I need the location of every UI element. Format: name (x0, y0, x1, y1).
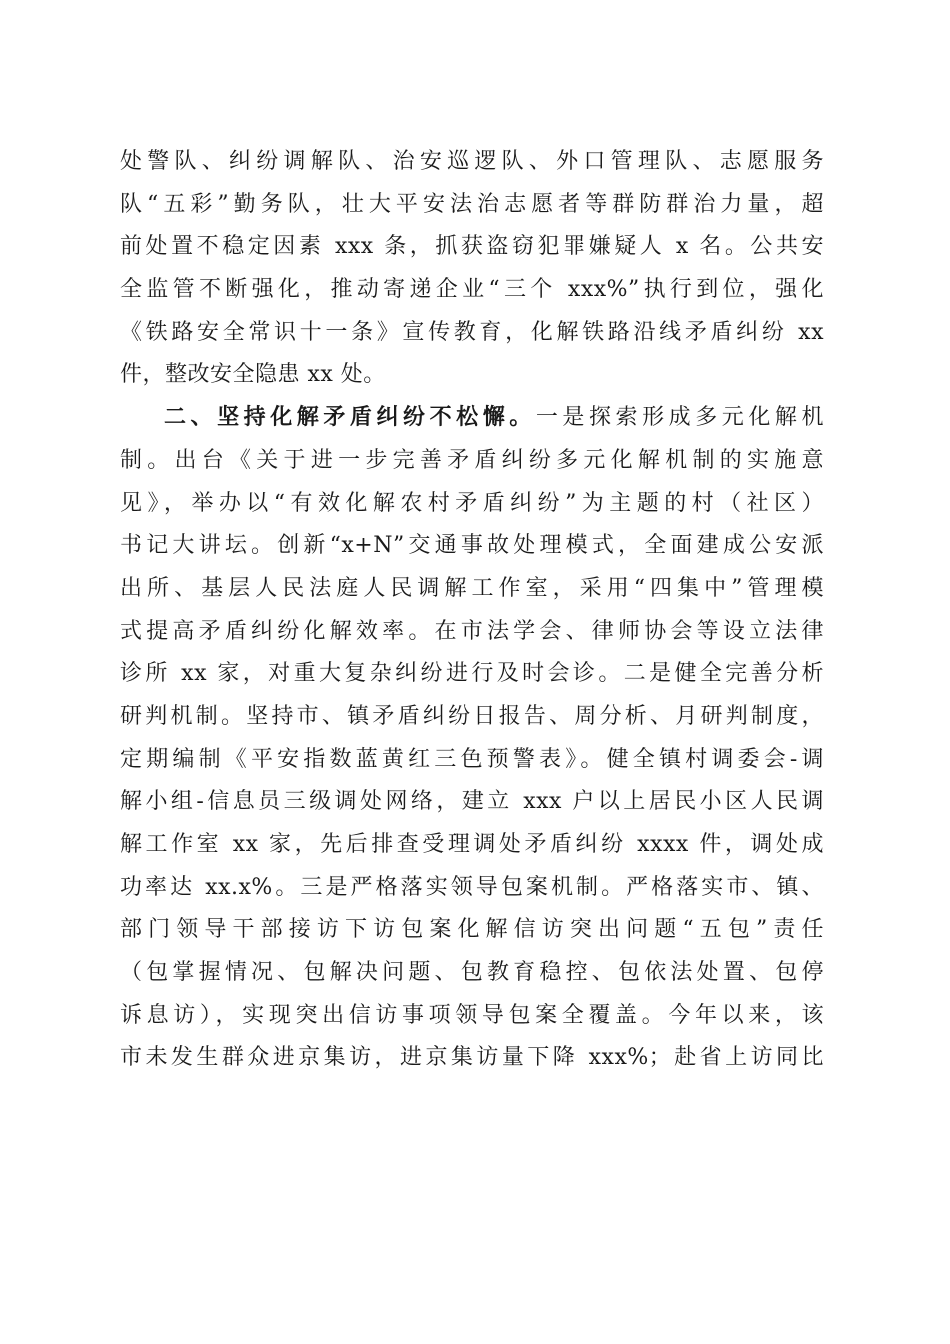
text-line: 市未发生群众进京集访，进京集访量下降 xxx%；赴省上访同比 (120, 1037, 824, 1080)
text-line: 队“五彩”勤务队，壮大平安法治志愿者等群防群治力量，超 (120, 184, 824, 227)
section-heading: 二、坚持化解矛盾纠纷不松懈。 (164, 405, 536, 430)
text-line: 处警队、纠纷调解队、治安巡逻队、外口管理队、志愿服务 (120, 141, 824, 184)
section-heading-line: 二、坚持化解矛盾纠纷不松懈。一是探索形成多元化解机 (120, 397, 824, 440)
text-line: 功率达 xx.x%。三是严格落实领导包案机制。严格落实市、镇、 (120, 867, 824, 910)
text-line: 《铁路安全常识十一条》宣传教育，化解铁路沿线矛盾纠纷 xx (120, 312, 824, 355)
document-page: 处警队、纠纷调解队、治安巡逻队、外口管理队、志愿服务 队“五彩”勤务队，壮大平安… (120, 141, 824, 1080)
text-line: （包掌握情况、包解决问题、包教育稳控、包依法处置、包停 (120, 952, 824, 995)
text-line: 定期编制《平安指数蓝黄红三色预警表》。健全镇村调委会-调 (120, 739, 824, 782)
text-span: 一是探索形成多元化解机 (536, 405, 824, 430)
text-line: 前处置不稳定因素 xxx 条，抓获盗窃犯罪嫌疑人 x 名。公共安 (120, 226, 824, 269)
paragraph-dispute-resolution: 二、坚持化解矛盾纠纷不松懈。一是探索形成多元化解机 制。出台《关于进一步完善矛盾… (120, 397, 824, 1080)
text-line: 研判机制。坚持市、镇矛盾纠纷日报告、周分析、月研判制度， (120, 696, 824, 739)
text-line: 见》，举办以“有效化解农村矛盾纠纷”为主题的村（社区） (120, 483, 824, 526)
paragraph-public-security: 处警队、纠纷调解队、治安巡逻队、外口管理队、志愿服务 队“五彩”勤务队，壮大平安… (120, 141, 824, 397)
text-line: 件，整改安全隐患 xx 处。 (120, 354, 824, 397)
text-line: 全监管不断强化，推动寄递企业“三个 xxx%”执行到位，强化 (120, 269, 824, 312)
text-line: 书记大讲坛。创新“x+N”交通事故处理模式，全面建成公安派 (120, 525, 824, 568)
text-line: 诊所 xx 家，对重大复杂纠纷进行及时会诊。二是健全完善分析 (120, 653, 824, 696)
text-line: 诉息访），实现突出信访事项领导包案全覆盖。今年以来，该 (120, 995, 824, 1038)
text-line: 式提高矛盾纠纷化解效率。在市法学会、律师协会等设立法律 (120, 611, 824, 654)
text-line: 解小组-信息员三级调处网络，建立 xxx 户以上居民小区人民调 (120, 781, 824, 824)
text-line: 解工作室 xx 家，先后排查受理调处矛盾纠纷 xxxx 件，调处成 (120, 824, 824, 867)
text-line: 出所、基层人民法庭人民调解工作室，采用“四集中”管理模 (120, 568, 824, 611)
text-line: 制。出台《关于进一步完善矛盾纠纷多元化解机制的实施意 (120, 440, 824, 483)
text-line: 部门领导干部接访下访包案化解信访突出问题“五包”责任 (120, 909, 824, 952)
